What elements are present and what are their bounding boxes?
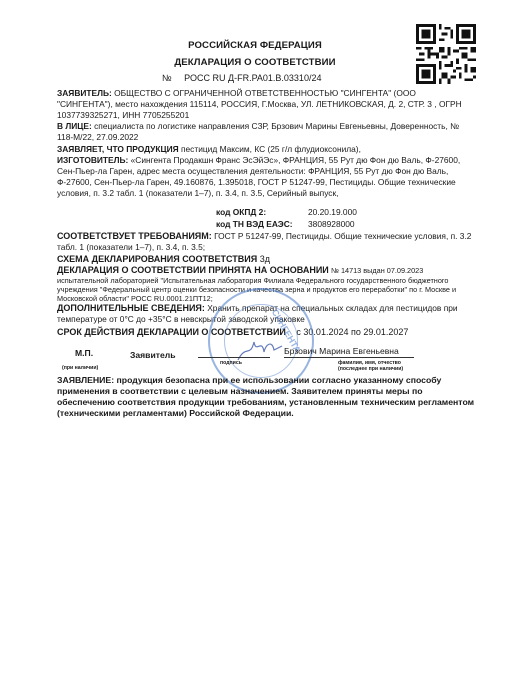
tnved-value: 3808928000 xyxy=(308,219,355,229)
okpd-label: код ОКПД 2: xyxy=(216,206,308,218)
basis-inline: № 14713 выдан 07.09.2023 xyxy=(331,266,423,275)
document-title: ДЕКЛАРАЦИЯ О СООТВЕТСТВИИ xyxy=(0,57,510,68)
manufacturer-label: ИЗГОТОВИТЕЛЬ: xyxy=(57,155,128,165)
number-label: № xyxy=(162,73,172,83)
statement-text: ЗАЯВЛЕНИЕ: продукция безопасна при ее ис… xyxy=(57,375,475,419)
product-section: ЗАЯВЛЯЕТ, ЧТО ПРОДУКЦИЯ пестицид Максим,… xyxy=(57,144,472,199)
scheme-label: СХЕМА ДЕКЛАРИРОВАНИЯ СООТВЕТСТВИЯ xyxy=(57,254,257,264)
country-title: РОССИЙСКАЯ ФЕДЕРАЦИЯ xyxy=(0,40,510,51)
additional-label: ДОПОЛНИТЕЛЬНЫЕ СВЕДЕНИЯ: xyxy=(57,303,205,313)
scheme-value: 3д xyxy=(260,254,270,264)
basis-label: ДЕКЛАРАЦИЯ О СООТВЕТСТВИИ ПРИНЯТА НА ОСН… xyxy=(57,265,329,275)
applicant-sign-label: Заявитель xyxy=(130,350,175,360)
applicant-label: ЗАЯВИТЕЛЬ: xyxy=(57,88,112,98)
signer-name-text: Брзович Марина Евгеньевна xyxy=(284,346,399,356)
mp-label: М.П. xyxy=(75,348,93,358)
applicant-text: ОБЩЕСТВО С ОГРАНИЧЕННОЙ ОТВЕТСТВЕННОСТЬЮ… xyxy=(57,88,462,120)
qr-code-icon xyxy=(416,24,476,84)
represented-label: В ЛИЦЕ: xyxy=(57,121,92,131)
tnved-label: код ТН ВЭД ЕАЭС: xyxy=(216,218,308,230)
signature-line xyxy=(198,357,270,358)
mp-note: (при наличии) xyxy=(62,365,98,371)
okpd-value: 20.20.19.000 xyxy=(308,207,357,217)
signer-name: Брзович Марина Евгеньевна xyxy=(284,346,414,356)
name-line xyxy=(284,357,414,358)
signature-scribble xyxy=(236,334,286,369)
product-label: ЗАЯВЛЯЕТ, ЧТО ПРОДУКЦИЯ xyxy=(57,144,179,154)
requirements-label: СООТВЕТСТВУЕТ ТРЕБОВАНИЯМ: xyxy=(57,231,212,241)
requirements-section: СООТВЕТСТВУЕТ ТРЕБОВАНИЯМ: ГОСТ Р 51247-… xyxy=(57,231,472,253)
number-value: РОСС RU Д-FR.PA01.В.03310/24 xyxy=(184,73,321,83)
codes-block: код ОКПД 2:20.20.19.000 код ТН ВЭД ЕАЭС:… xyxy=(216,206,357,230)
product-text: пестицид Максим, КС (25 г/л флудиоксонил… xyxy=(181,144,361,154)
represented-text: специалиста по логистике направления СЗР… xyxy=(57,121,459,142)
signature-caption: подпись xyxy=(220,360,242,366)
declaration-number: № РОСС RU Д-FR.PA01.В.03310/24 xyxy=(162,73,321,83)
applicant-section: ЗАЯВИТЕЛЬ: ОБЩЕСТВО С ОГРАНИЧЕННОЙ ОТВЕТ… xyxy=(57,88,472,143)
scheme-section: СХЕМА ДЕКЛАРИРОВАНИЯ СООТВЕТСТВИЯ 3д xyxy=(57,254,472,265)
